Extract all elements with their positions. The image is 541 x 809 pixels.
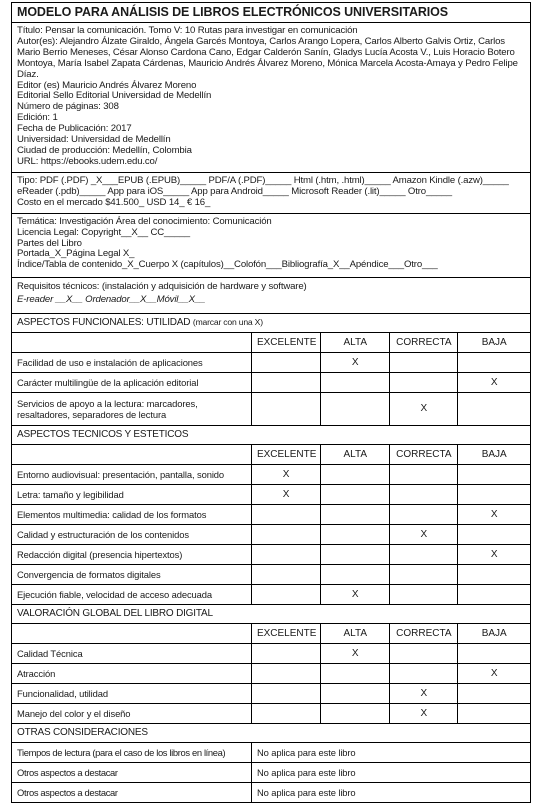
criteria-row: Calidad TécnicaX: [12, 643, 531, 663]
mark-x: X: [421, 708, 428, 719]
rating-header-correcta: CORRECTA: [390, 444, 458, 464]
rating-header-excelente: EXCELENTE: [251, 623, 320, 643]
section-title: ASPECTOS FUNCIONALES: UTILIDAD (marcar c…: [12, 313, 531, 332]
criteria-label: Letra: tamaño y legibilidad: [12, 484, 252, 504]
rating-cell-alta[interactable]: [321, 663, 390, 683]
rating-header-row: EXCELENTEALTACORRECTABAJA: [12, 444, 531, 464]
rating-cell-correcta[interactable]: X: [390, 703, 458, 723]
mark-x: X: [421, 403, 428, 414]
book-info-block: Título: Pensar la comunicación. Tomo V: …: [12, 23, 531, 173]
requirements-block: Requisitos técnicos: (instalación y adqu…: [12, 277, 531, 313]
rating-cell-baja[interactable]: [458, 643, 531, 663]
rating-header-excelente: EXCELENTE: [251, 444, 320, 464]
criteria-row: Calidad y estructuración de los contenid…: [12, 524, 531, 544]
criteria-label: Atracción: [12, 663, 252, 683]
rating-cell-excelente[interactable]: [251, 504, 320, 524]
rating-cell-alta[interactable]: [321, 524, 390, 544]
mark-x: X: [421, 529, 428, 540]
rating-cell-baja[interactable]: [458, 464, 531, 484]
rating-header-correcta: CORRECTA: [390, 623, 458, 643]
other-value: No aplica para este libro: [251, 762, 530, 782]
rating-cell-excelente[interactable]: [251, 703, 320, 723]
rating-cell-baja[interactable]: [458, 703, 531, 723]
criteria-row: Servicios de apoyo a la lectura: marcado…: [12, 392, 531, 425]
rating-cell-alta[interactable]: [321, 544, 390, 564]
document-title: MODELO PARA ANÁLISIS DE LIBROS ELECTRÓNI…: [12, 3, 531, 23]
criteria-label: Convergencia de formatos digitales: [12, 564, 252, 584]
other-value: No aplica para este libro: [251, 742, 530, 762]
rating-cell-alta[interactable]: [321, 372, 390, 392]
section-title-text: ASPECTOS TECNICOS Y ESTETICOS: [17, 429, 188, 440]
content-info-line: Licencia Legal: Copyright__X__ CC_____: [17, 228, 525, 239]
criteria-row: Entorno audiovisual: presentación, panta…: [12, 464, 531, 484]
rating-cell-baja[interactable]: X: [458, 504, 531, 524]
section-header-row: ASPECTOS TECNICOS Y ESTETICOS: [12, 425, 531, 444]
criteria-label: Servicios de apoyo a la lectura: marcado…: [12, 392, 252, 425]
other-label: Otros aspectos a destacar: [12, 762, 252, 782]
criteria-label: Carácter multilingüe de la aplicación ed…: [12, 372, 252, 392]
content-info-block: Temática: Investigación Área del conocim…: [12, 213, 531, 277]
rating-cell-alta[interactable]: [321, 464, 390, 484]
rating-cell-baja[interactable]: X: [458, 544, 531, 564]
requirements-devices: E-reader __X__ Ordenador__X__Móvil__X__: [17, 295, 525, 306]
criteria-label: Calidad y estructuración de los contenid…: [12, 524, 252, 544]
rating-cell-correcta[interactable]: [390, 584, 458, 604]
other-title: OTRAS CONSIDERACIONES: [12, 723, 531, 742]
section-header-row: ASPECTOS FUNCIONALES: UTILIDAD (marcar c…: [12, 313, 531, 332]
rating-cell-excelente[interactable]: [251, 683, 320, 703]
criteria-label: Elementos multimedia: calidad de los for…: [12, 504, 252, 524]
rating-cell-alta[interactable]: X: [321, 352, 390, 372]
section-note: (marcar con una X): [193, 317, 263, 327]
rating-cell-baja[interactable]: X: [458, 663, 531, 683]
analysis-table: MODELO PARA ANÁLISIS DE LIBROS ELECTRÓNI…: [11, 2, 531, 803]
criteria-row: Ejecución fiable, velocidad de acceso ad…: [12, 584, 531, 604]
rating-cell-baja[interactable]: [458, 484, 531, 504]
rating-cell-correcta[interactable]: [390, 643, 458, 663]
other-value: No aplica para este libro: [251, 782, 530, 802]
rating-cell-alta[interactable]: [321, 564, 390, 584]
rating-cell-baja[interactable]: [458, 392, 531, 425]
rating-header-baja: BAJA: [458, 332, 531, 352]
rating-cell-correcta[interactable]: [390, 352, 458, 372]
rating-cell-baja[interactable]: [458, 352, 531, 372]
book-info-line: Número de páginas: 308: [17, 102, 525, 113]
criteria-label: Ejecución fiable, velocidad de acceso ad…: [12, 584, 252, 604]
criteria-label: Facilidad de uso e instalación de aplica…: [12, 352, 252, 372]
rating-header-blank: [12, 623, 252, 643]
criteria-label: Redacción digital (presencia hipertextos…: [12, 544, 252, 564]
rating-cell-excelente[interactable]: [251, 544, 320, 564]
other-row: Tiempos de lectura (para el caso de los …: [12, 742, 531, 762]
other-label: Otros aspectos a destacar: [12, 782, 252, 802]
mark-x: X: [352, 589, 359, 600]
rating-header-baja: BAJA: [458, 444, 531, 464]
other-label: Tiempos de lectura (para el caso de los …: [12, 742, 252, 762]
section-title: ASPECTOS TECNICOS Y ESTETICOS: [12, 425, 531, 444]
rating-cell-excelente[interactable]: [251, 524, 320, 544]
rating-header-alta: ALTA: [321, 623, 390, 643]
format-info-block: Tipo: PDF (.PDF) _X___EPUB (.EPUB)_____ …: [12, 173, 531, 214]
criteria-label: Funcionalidad, utilidad: [12, 683, 252, 703]
format-info-line: Costo en el mercado $41.500_ USD 14_ € 1…: [17, 198, 525, 209]
rating-cell-excelente[interactable]: [251, 564, 320, 584]
rating-cell-excelente[interactable]: X: [251, 484, 320, 504]
mark-x: X: [283, 469, 290, 480]
rating-header-blank: [12, 444, 252, 464]
mark-x: X: [421, 688, 428, 699]
rating-cell-excelente[interactable]: [251, 352, 320, 372]
rating-header-excelente: EXCELENTE: [251, 332, 320, 352]
rating-cell-alta[interactable]: [321, 392, 390, 425]
rating-cell-baja[interactable]: [458, 564, 531, 584]
rating-header-alta: ALTA: [321, 332, 390, 352]
rating-cell-excelente[interactable]: [251, 392, 320, 425]
rating-cell-correcta[interactable]: X: [390, 392, 458, 425]
content-info-line: Temática: Investigación Área del conocim…: [17, 217, 525, 228]
criteria-row: Funcionalidad, utilidadX: [12, 683, 531, 703]
criteria-row: Carácter multilingüe de la aplicación ed…: [12, 372, 531, 392]
criteria-row: Elementos multimedia: calidad de los for…: [12, 504, 531, 524]
mark-x: X: [491, 549, 498, 560]
rating-cell-baja[interactable]: [458, 524, 531, 544]
rating-header-row: EXCELENTEALTACORRECTABAJA: [12, 332, 531, 352]
rating-cell-baja[interactable]: [458, 683, 531, 703]
book-info-line: URL: https://ebooks.udem.edu.co/: [17, 157, 525, 168]
rating-cell-excelente[interactable]: [251, 643, 320, 663]
rating-header-correcta: CORRECTA: [390, 332, 458, 352]
criteria-row: AtracciónX: [12, 663, 531, 683]
other-row: Otros aspectos a destacarNo aplica para …: [12, 782, 531, 802]
rating-cell-correcta[interactable]: X: [390, 524, 458, 544]
section-title: VALORACIÓN GLOBAL DEL LIBRO DIGITAL: [12, 604, 531, 623]
rating-cell-excelente[interactable]: [251, 584, 320, 604]
mark-x: X: [352, 648, 359, 659]
analysis-form: MODELO PARA ANÁLISIS DE LIBROS ELECTRÓNI…: [11, 2, 531, 803]
criteria-row: Facilidad de uso e instalación de aplica…: [12, 352, 531, 372]
rating-cell-correcta[interactable]: [390, 484, 458, 504]
rating-cell-correcta[interactable]: X: [390, 683, 458, 703]
rating-cell-alta[interactable]: X: [321, 584, 390, 604]
other-row: Otros aspectos a destacarNo aplica para …: [12, 762, 531, 782]
mark-x: X: [283, 489, 290, 500]
criteria-label: Entorno audiovisual: presentación, panta…: [12, 464, 252, 484]
criteria-row: Letra: tamaño y legibilidadX: [12, 484, 531, 504]
rating-cell-alta[interactable]: [321, 504, 390, 524]
rating-cell-correcta[interactable]: [390, 663, 458, 683]
other-header-row: OTRAS CONSIDERACIONES: [12, 723, 531, 742]
rating-cell-excelente[interactable]: X: [251, 464, 320, 484]
rating-cell-alta[interactable]: [321, 683, 390, 703]
mark-x: X: [352, 357, 359, 368]
section-title-text: ASPECTOS FUNCIONALES: UTILIDAD: [17, 317, 190, 328]
rating-cell-excelente[interactable]: [251, 663, 320, 683]
section-title-text: VALORACIÓN GLOBAL DEL LIBRO DIGITAL: [17, 608, 213, 619]
rating-cell-alta[interactable]: [321, 703, 390, 723]
content-info-line: Índice/Tabla de contenido_X_Cuerpo X (ca…: [17, 260, 525, 271]
criteria-label: Manejo del color y el diseño: [12, 703, 252, 723]
criteria-row: Convergencia de formatos digitales: [12, 564, 531, 584]
rating-header-blank: [12, 332, 252, 352]
rating-cell-alta[interactable]: [321, 484, 390, 504]
criteria-row: Manejo del color y el diseñoX: [12, 703, 531, 723]
mark-x: X: [491, 668, 498, 679]
rating-cell-correcta[interactable]: [390, 564, 458, 584]
requirements-label: Requisitos técnicos: (instalación y adqu…: [17, 282, 525, 293]
rating-cell-excelente[interactable]: [251, 372, 320, 392]
book-info-line: Autor(es): Alejandro Álzate Giraldo, Áng…: [17, 37, 525, 81]
rating-header-baja: BAJA: [458, 623, 531, 643]
rating-cell-correcta[interactable]: [390, 504, 458, 524]
rating-cell-alta[interactable]: X: [321, 643, 390, 663]
rating-header-alta: ALTA: [321, 444, 390, 464]
rating-cell-baja[interactable]: X: [458, 372, 531, 392]
rating-cell-correcta[interactable]: [390, 372, 458, 392]
rating-cell-baja[interactable]: [458, 584, 531, 604]
mark-x: X: [491, 509, 498, 520]
criteria-label: Calidad Técnica: [12, 643, 252, 663]
mark-x: X: [491, 377, 498, 388]
rating-cell-correcta[interactable]: [390, 544, 458, 564]
rating-header-row: EXCELENTEALTACORRECTABAJA: [12, 623, 531, 643]
rating-cell-correcta[interactable]: [390, 464, 458, 484]
section-header-row: VALORACIÓN GLOBAL DEL LIBRO DIGITAL: [12, 604, 531, 623]
criteria-row: Redacción digital (presencia hipertextos…: [12, 544, 531, 564]
